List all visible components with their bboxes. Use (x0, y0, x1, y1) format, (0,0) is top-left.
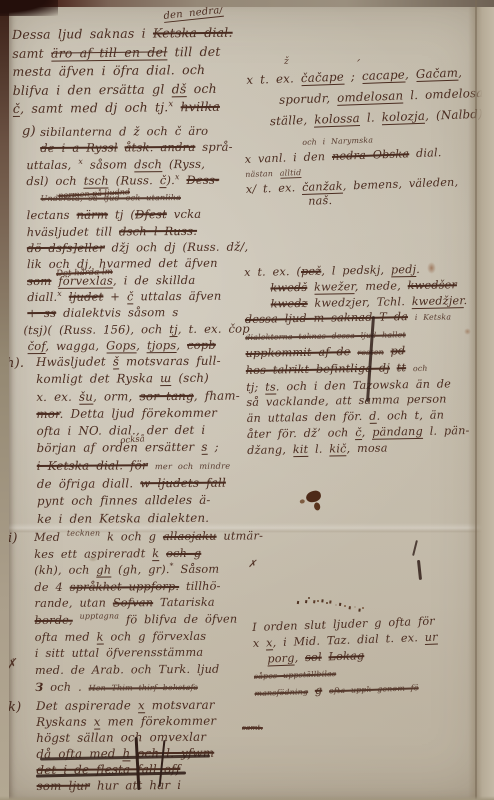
handwriting-word: pež (301, 265, 322, 278)
handwriting-line: x. ex. šu, orm, зоr tang, fham- (36, 387, 251, 406)
handwriting-word: g (315, 684, 323, 697)
handwriting-line: uttalas, x såsom dsch (Ryss, (26, 155, 250, 173)
handwriting-word: dö dsfs]eller (27, 241, 105, 256)
note-examples-1: x t. ex. čačape ; cacape, Gačam,sporudr,… (246, 61, 493, 133)
handwriting-word: , (136, 338, 147, 352)
page-edge-line (475, 0, 477, 800)
handwriting-word: hvilka (181, 99, 220, 114)
handwriting-line: högst sällan och omvexlar (36, 728, 251, 746)
handwriting-word: hväsljudet till (27, 224, 119, 239)
handwriting-word: , (176, 338, 187, 352)
handwriting-line: de i a Ryssl åtsk. andra språ- (40, 139, 250, 157)
handwriting-word: ur (424, 631, 437, 645)
handwriting-word: l. (308, 442, 329, 455)
book-corner-shadow (0, 0, 58, 16)
ink-specks (308, 597, 310, 599)
handwriting-word: dsl) och (26, 174, 83, 188)
handwriting-line: ke i den Ketska dialekten. (37, 509, 252, 528)
handwriting-word: och (186, 81, 217, 96)
handwriting-line: komligt det Ryska ш (sch) (36, 370, 251, 389)
handwriting-line: ofta med k och g förvexlas (35, 628, 250, 646)
handwriting-word: komligt det Ryska (36, 371, 160, 386)
paragraph-g: sibilanterna d ž och č ärode i a Ryssl å… (40, 123, 252, 355)
ink-dots-row (297, 601, 299, 604)
handwriting-word: lectans (27, 208, 77, 222)
handwriting-word: (sch) (171, 371, 209, 385)
handwriting-word: pändang (372, 425, 423, 440)
handwriting-word: allaojaku (163, 530, 217, 543)
handwriting-word: motsvaras full- (119, 354, 221, 369)
handwriting-word: . och i den Tazowska än de (276, 377, 451, 393)
handwriting-word: Dess- (186, 173, 219, 187)
handwriting-word: pedj (391, 263, 416, 277)
samt-note: samt. (242, 723, 263, 732)
handwriting-word: Det aspirerade (36, 698, 138, 713)
handwriting-word: , (362, 426, 373, 439)
handwriting-line: lectans närm tj (Dfest vcka (27, 206, 251, 224)
handwriting-word: kwedzjer, Tchl. (308, 295, 412, 310)
handwriting-word: som (27, 274, 51, 288)
handwriting-word: dialekterna taknas dessa ljud hallet (245, 330, 406, 342)
handwriting-word: (kh), och (34, 564, 96, 577)
handwriting-word: såsom (83, 157, 134, 171)
handwriting-word: i Ketska dial. för (37, 458, 148, 473)
handwriting-word: blifva i den ersätta gl (13, 81, 172, 98)
handwriting-word: än uttalas den för. (247, 410, 370, 425)
handwriting-word: Sofvan (113, 597, 153, 610)
book-gutter-shadow (0, 0, 9, 800)
handwriting-word: x/ t. ex. (246, 181, 303, 196)
handwriting-word: de i a Ryssl (40, 141, 118, 156)
handwriting-word: , t. ex. čop (178, 321, 250, 336)
handwriting-word: språkhet uppforp. (70, 580, 180, 594)
handwriting-word: mesta äfven i öfra dial. och (12, 62, 205, 79)
handwriting-word (408, 310, 415, 323)
handwriting-word: ts (265, 380, 276, 394)
handwriting-word: tj; (246, 380, 265, 393)
handwriting-word: , i Mid. Taz. dial t. ex. (272, 631, 425, 649)
handwriting-word: + ss (27, 306, 56, 320)
handwriting-word: x. ex. (36, 389, 79, 403)
handwriting-word: naš. (308, 194, 332, 208)
handwriting-word: fö blifva de öfven (119, 613, 237, 627)
handwriting-word: w ljudets fall (140, 476, 226, 491)
paragraph-i: Med tecknen k och g allaojaku utmär-kes … (34, 528, 250, 697)
page-bottom-edge (0, 796, 494, 800)
handwriting-word: med. de Arab. och Turk. ljud (35, 662, 220, 676)
handwriting-word: porg (267, 652, 295, 667)
handwriting-word: så vacklande, att samma person (246, 393, 446, 409)
handwriting-word: dialektvis såsom s (56, 305, 178, 320)
handwriting-word: dsch l Russ. (119, 224, 197, 239)
handwriting-word: Hen Thim thirf bokstafs (89, 683, 198, 693)
handwriting-word: kolozja (381, 109, 425, 126)
handwriting-word: čačape (301, 70, 345, 86)
handwriting-word: , bemens, väleden, (343, 175, 459, 192)
handwriting-word: čof (28, 339, 46, 354)
handwriting-word: x t. ex. (246, 71, 301, 87)
handwriting-word: l. (360, 110, 382, 125)
handwriting-word: x (168, 100, 173, 110)
handwriting-word: ofta uppk genom fö (329, 683, 419, 695)
handwriting-word: , (294, 651, 305, 664)
handwriting-word: tjops (147, 338, 176, 353)
marker-k: k) (8, 700, 28, 716)
handwriting-word: de 4 (34, 581, 69, 594)
interlinear-ocksa: också (120, 434, 145, 446)
handwriting-word: och i Narymska (302, 135, 373, 146)
handwriting-word: närm (77, 208, 109, 222)
handwriting-word: mer och mindre (155, 460, 231, 471)
handwriting-word: alltid (280, 168, 302, 179)
handwriting-word: šu (79, 389, 93, 404)
handwriting-line: k) (8, 700, 28, 716)
book-top-edge (0, 0, 494, 7)
handwriting-word: uppkommit af de (245, 345, 350, 360)
handwriting-word: x t. ex. ( (244, 265, 301, 279)
handwriting-word: åtsk. andra (124, 140, 195, 154)
handwriting-word: , fham- (194, 388, 240, 402)
handwriting-word (73, 614, 80, 627)
handwriting-word: rande, utan (34, 597, 112, 611)
handwriting-word: kwedšer (408, 278, 457, 292)
handwriting-line: borde, upptagna fö blifva de öfven (35, 611, 250, 629)
page-right-edge (468, 0, 494, 800)
handwriting-word: i) (8, 531, 18, 546)
handwriting-line: g) (22, 124, 42, 140)
marker-h: h). (6, 356, 30, 372)
handwriting-word: . (463, 294, 467, 307)
handwriting-word: kwedš (270, 281, 307, 295)
handwriting-word: tsch (84, 173, 109, 188)
handwriting-word: Ryskans (36, 715, 94, 729)
handwriting-word: džj och dj (Russ. dž/, (105, 240, 249, 255)
handwriting-word: tecknen (67, 529, 100, 538)
handwriting-word: , (458, 65, 462, 79)
handwriting-line: diall.x ljudet + č uttalas äfven (27, 287, 251, 305)
handwriting-line: samt äro af till en del till det (12, 42, 247, 63)
handwriting-word: och . (43, 681, 88, 694)
handwriting-word: och g förvexlas (104, 629, 207, 643)
handwriting-word: čanžak (302, 179, 343, 194)
handwriting-line: Ryskans х men förekommer (36, 712, 251, 730)
handwriting-word: cacape (362, 67, 406, 83)
handwriting-word: Såsom (174, 563, 220, 576)
handwriting-word: och (413, 364, 428, 373)
marker-i: i) (8, 531, 28, 547)
handwriting-word: kolossa (314, 111, 360, 128)
handwriting-word: h (123, 746, 131, 761)
handwriting-line: Med tecknen k och g allaojaku utmär- (34, 528, 249, 546)
handwriting-word: kwedz (271, 296, 308, 310)
handwriting-word: hur att har i (90, 778, 181, 793)
handwriting-word: tillhö- (179, 579, 221, 592)
handwriting-word: x (253, 637, 267, 650)
handwriting-word: dial. (409, 146, 442, 160)
handwriting-line: hväsljudet till dsch l Russ. (27, 222, 251, 240)
handwriting-line: rande, utan Sofvan Tatariska (34, 595, 249, 613)
handwriting-word: . Detta ljud förekommer (60, 406, 218, 421)
handwriting-word: Lokag (328, 649, 364, 663)
handwriting-word: diall. (27, 290, 57, 304)
handwriting-word: kwežer (314, 280, 355, 295)
handwriting-word: , i de skillda (113, 273, 195, 288)
small-x-mark: ✗ (248, 559, 256, 570)
handwriting-word: Dessa ljud saknas i (12, 26, 153, 42)
handwriting-word: x vanl. i den (245, 149, 333, 165)
handwriting-word: vcka (167, 207, 202, 221)
note-examples-2: och i Narymskax vanl. i den nedra Obska … (244, 128, 491, 211)
handwriting-word: . (416, 263, 420, 276)
handwriting-word: samt (12, 45, 51, 60)
handwriting-word: pynt och finnes alldeles ä- (37, 493, 211, 508)
handwriting-line: Hwäsljudet š motsvaras full- (36, 352, 251, 371)
handwriting-word: mansfödning (254, 687, 308, 698)
handwriting-word: de öfriga diall. (37, 476, 140, 491)
handwriting-word: gh (96, 564, 111, 578)
handwriting-word: utmär- (217, 529, 264, 542)
handwriting-word: och l. yfwm (137, 746, 214, 761)
handwriting-word: men förekommer (101, 714, 217, 729)
handwriting-line: + ss dialektvis såsom s (27, 304, 251, 322)
handwriting-word: k och g (100, 530, 163, 543)
handwriting-word: äro af till en del (51, 44, 168, 61)
handwriting-word: högst sällan och omvexlar (36, 730, 206, 745)
handwriting-word: + (103, 289, 127, 303)
handwriting-word: , wagga, (45, 338, 106, 352)
handwriting-word: , samt med dj och tj. (20, 100, 169, 117)
handwriting-word: sol (305, 651, 322, 665)
handwriting-word: i Ketska (415, 313, 452, 323)
paragraph-k: Det aspirerade x motsvararRyskans х men … (36, 696, 252, 793)
handwriting-word: nästan (245, 169, 273, 179)
handwriting-word: kič (329, 442, 346, 456)
handwriting-line: h). (6, 356, 30, 372)
handwriting-word: copb (187, 338, 216, 352)
handwriting-word: sibilanterna d ž och č äro (40, 124, 208, 139)
handwriting-word: ljudet (69, 290, 104, 304)
handwriting-line: mesta äfven i öfra dial. och (12, 61, 247, 82)
handwriting-word: (Russ. (109, 173, 160, 187)
handwriting-word: åter för. dž’ och (247, 426, 356, 441)
interlinear-harda: Det hårda lm (56, 267, 113, 279)
handwriting-word: sporudr, (279, 91, 338, 107)
handwriting-line: de 4 språkhet uppforp. tillhö- (34, 578, 249, 596)
handwriting-word: , mede, (355, 279, 408, 293)
handwriting-line: Det aspirerade x motsvarar (36, 696, 251, 714)
handwriting-word: språ- (195, 140, 232, 154)
handwriting-word: g) (22, 124, 36, 139)
superscript-zh: ž (284, 57, 289, 67)
handwriting-line: Dessa ljud saknas i Ketska dial. (12, 24, 247, 45)
handwriting-word: nedra Obska (332, 147, 410, 163)
handwriting-word: (tsj)( (Russ. 156), och (23, 322, 169, 337)
handwriting-word: ). (166, 173, 175, 187)
handwriting-word: , l pedskj, (321, 263, 391, 277)
handwriting-line: blifva i den ersätta gl dš och (13, 79, 248, 100)
handwriting-word: ställe, (270, 113, 315, 129)
handwriting-word: början af orden ersätter (37, 440, 202, 455)
handwriting-word (273, 166, 280, 179)
handwriting-word: pd (390, 344, 405, 357)
handwriting-word: . och t, än (376, 409, 444, 423)
note-examples-4: I orden slut ljuder g ofta förx х, i Mid… (252, 612, 494, 702)
handwriting-word: ke i den Ketska dialekten. (37, 510, 209, 525)
handwriting-word: k) (8, 700, 21, 715)
handwriting-word: (gh, gr). (111, 563, 169, 576)
handwriting-word: som ljur (37, 779, 90, 793)
handwriting-word: och g (166, 546, 201, 559)
handwriting-line: (tsj)( (Russ. 156), och tj, t. ex. čop (23, 320, 251, 338)
handwriting-word: Tatariska (153, 596, 215, 609)
paragraph-intro: Dessa ljud saknas i Ketska dial.samt äro… (12, 24, 248, 119)
handwriting-word: dš (172, 81, 187, 97)
handwriting-word: såpes uppställbilas (254, 669, 337, 681)
handwriting-line: dsl) och tsch (Russ. č).x Dess- (26, 171, 250, 189)
handwriting-word: uttalas äfven (134, 289, 222, 304)
handwriting-line: kes ett aspireradt k och g (34, 545, 249, 563)
handwriting-word: ofta med (35, 630, 97, 643)
handwriting-line: i sitt uttal öfverensstämma (35, 645, 250, 663)
manuscript-photo: den nedra/Dessa ljud saknas i Ketska dia… (0, 0, 494, 800)
handwriting-word: kes ett aspireradt (34, 547, 152, 561)
handwriting-word: Ketska dial. (153, 25, 233, 41)
handwriting-word: kwedžjer (412, 294, 464, 309)
handwriting-line: č, samt med dj och tj.x hvilka (13, 98, 248, 119)
handwriting-word: ш (160, 371, 171, 386)
handwriting-word: mor (36, 407, 59, 421)
handwriting-word: Gačam (416, 66, 459, 82)
handwriting-line: som ljur hur att har i (37, 776, 252, 794)
handwriting-word: зоr tang (139, 388, 194, 402)
handwriting-line: de öfriga diall. w ljudets fall (37, 475, 252, 494)
handwriting-line: mor. Detta ljud förekommer (36, 404, 251, 423)
handwriting-word: motsvarar (145, 698, 215, 712)
handwriting-word: omdelosan (337, 89, 404, 106)
handwriting-word: till det (167, 43, 220, 59)
handwriting-word (350, 345, 357, 358)
handwriting-line: sibilanterna d ž och č äro (40, 123, 250, 141)
handwriting-word: tj ( (108, 208, 135, 222)
handwriting-word (307, 281, 314, 294)
handwriting-word: , mosa (346, 441, 387, 455)
handwriting-word: ; (208, 440, 219, 454)
handwriting-word: (Ryss, (162, 156, 205, 170)
handwriting-word: upptagna (80, 612, 120, 621)
handwriting-word: i sitt uttal öfverensstämma (35, 646, 204, 660)
handwriting-word: , (405, 67, 416, 81)
superscript-accent: ´ (354, 58, 360, 72)
handwriting-word: Hwäsljudet (36, 354, 113, 369)
handwriting-line: З och . Hen Thim thirf bokstafs (35, 678, 250, 698)
marker-g: g) (22, 124, 42, 140)
handwriting-line: i) (8, 531, 28, 547)
handwriting-word: uttalas, (26, 157, 78, 171)
handwriting-line: dö dsfs]eller džj och dj (Russ. dž/, (27, 239, 251, 257)
handwriting-word: kit (293, 443, 309, 457)
handwriting-word: borde, (35, 614, 73, 627)
handwriting-word: l. pän- (423, 424, 470, 438)
handwriting-line: pynt och finnes alldeles ä- (37, 492, 252, 511)
handwriting-line: (kh), och gh (gh, gr).* Såsom (34, 562, 249, 580)
handwriting-word: , orm, (93, 389, 139, 403)
handwriting-line: i Ketska dial. för mer och mindre (37, 456, 252, 476)
handwriting-word: Gops (106, 338, 136, 353)
handwriting-word: dsch (134, 157, 162, 172)
handwriting-word: dessa ljud m saknad T da (245, 311, 408, 327)
handwriting-line: čof, wagga, Gops, tjops, copb (27, 336, 251, 354)
handwriting-word: Med (34, 531, 67, 544)
handwriting-word: džang, (247, 443, 293, 457)
handwriting-word: Dfest (135, 208, 167, 222)
handwriting-line: med. de Arab. och Turk. ljud (35, 661, 250, 679)
